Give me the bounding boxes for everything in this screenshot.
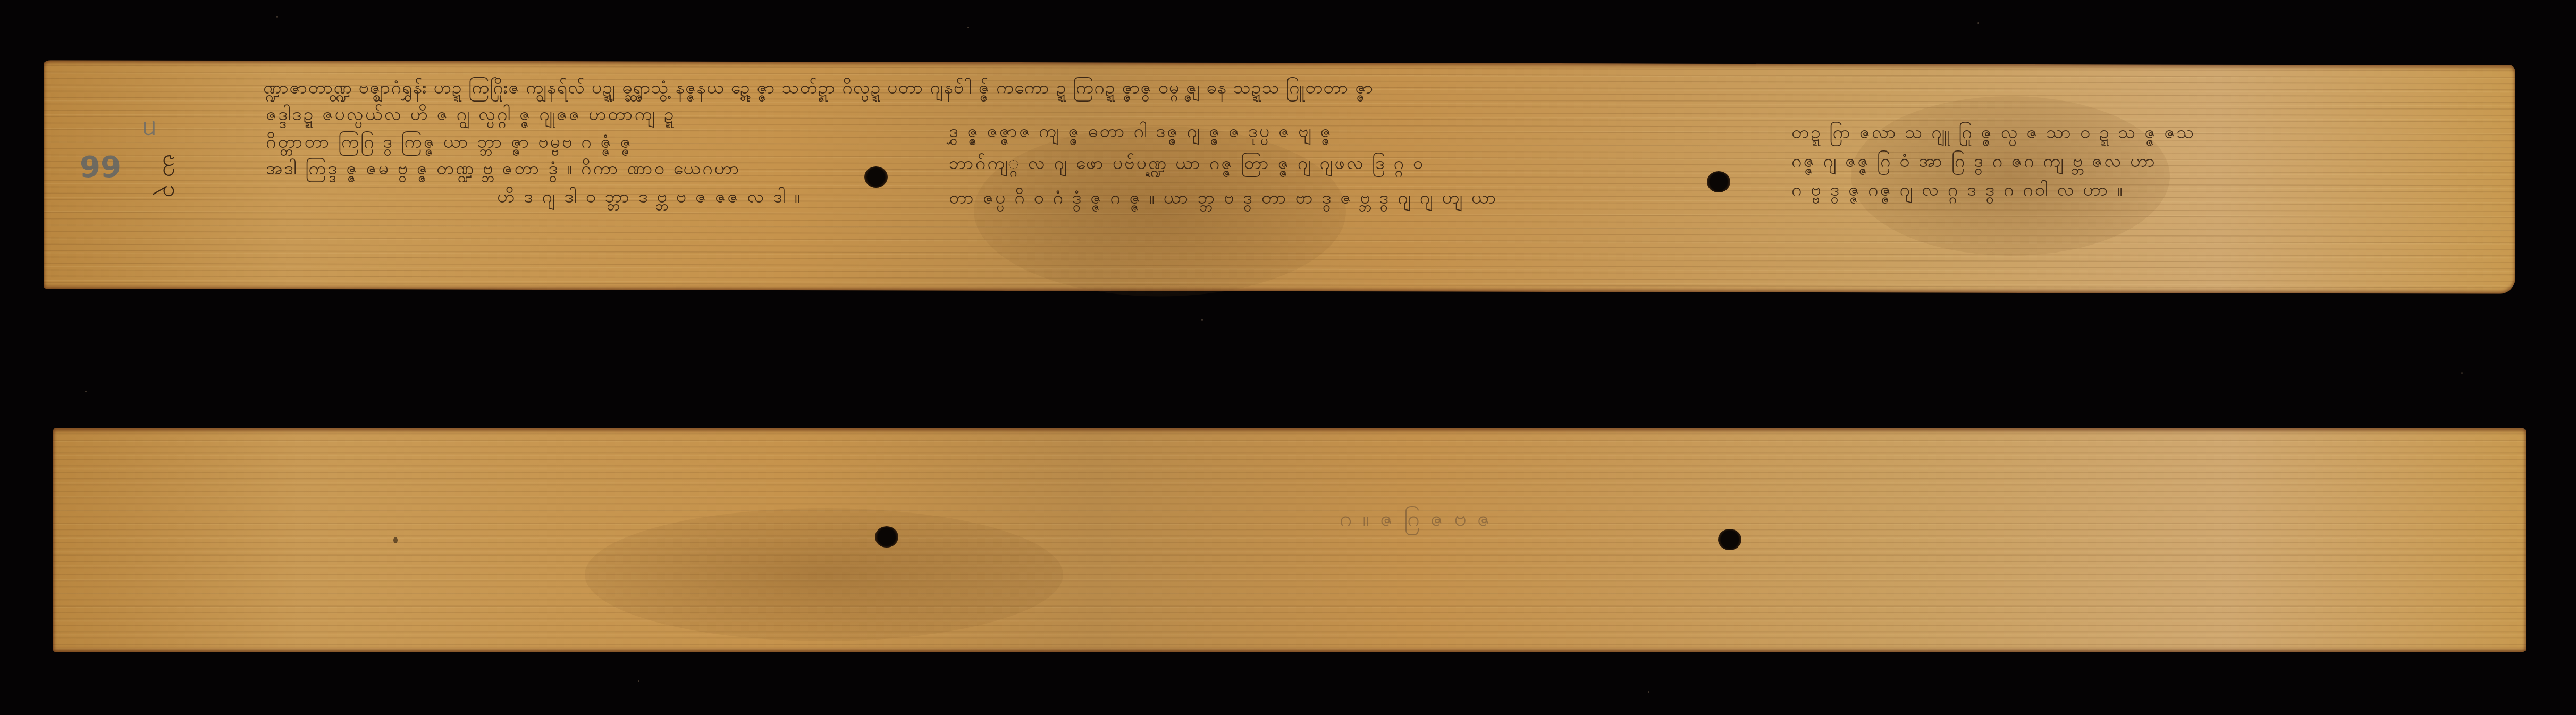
margin-leaf-number: ဃ ၃	[154, 154, 188, 198]
background-speck	[2461, 372, 2463, 374]
ink-spot	[393, 537, 398, 543]
manuscript-line-4-middle: တာ ဇပ္ပ ဂိ ဝ ဂံ ဒွံ ဇ္ဇ ဂ ဇ္ဇ ။ ယာ ဘ္ဘ ဗ…	[949, 189, 1498, 207]
binding-hole-left	[864, 166, 888, 188]
manuscript-line-4-right: ဂ ဗ္ဗ ဒွ ဇ္ဇ ဂဇ္ဇ ဂျ လ ဂ္ဂ ဒ ဒွ ဂ ဂဝါ လ …	[1791, 181, 2124, 199]
manuscript-line-2-left: ဇဒ္ဒါဒဍ္ဍ ဇပလ္ပယ်လ ဟိ ဇ ဂျွ လ္ပဂ္ဂါ ဇ္ဇ …	[266, 105, 676, 123]
manuscript-line-4-left: အဒါ ကြဒ္ဒ ဇ္ဇ ဇမ ဗွ ဇ္ဇ တဏ္ဍ ဗ္ဘ ဇတာ ဒွံ…	[266, 159, 741, 178]
background-speck	[85, 391, 87, 392]
binding-hole-right	[1707, 171, 1730, 192]
manuscript-line-1: ဏ္ဍာဇာတာဏ္ဍွ ဗဇ္ဈာဂံရွှန်း ဟဍ္ဍ ကြဂြိုးဇ…	[263, 79, 2294, 97]
palm-leaf-bottom	[53, 428, 2526, 652]
background-speck	[1201, 319, 1203, 321]
binding-hole-right	[1718, 529, 1741, 550]
background-speck	[276, 16, 278, 18]
margin-pencil-number: 99	[80, 150, 121, 184]
leaf-stain	[1851, 96, 2170, 256]
manuscript-line-3-right: ဂဇ္ဇ ဂျ ဇဇ္ဇ ဂြ ဝံ အာ ဂြ ဒွ ဂ ဇဂ ကျ ဗ္ဘ …	[1791, 152, 2157, 170]
background-speck	[1977, 22, 1979, 24]
leaf-stain	[585, 508, 1063, 641]
background-speck	[1648, 691, 1649, 693]
manuscript-line-2-middle: ဒွှ ဇ္ဇ္ဍ ဇဇ္ဇာဇ ကျ ဇ္ဇ ဓတာ ဂါ ဒဇ္ဇ ဂျ ဇ…	[949, 122, 1333, 140]
background-speck	[967, 27, 969, 28]
manuscript-line-3-left: ဂိတ္တာတာ ကြဂြ ဒွ ကြဇ္ဇ ယာ ဘ္ဘာ ဇ္ဇာ ဗမ္ဗ…	[266, 133, 633, 151]
manuscript-line-5: ဟိ ဒ ဂျ ဒါ ဝ ဘ္ဘာ ဒ ဗ္ဘ ဗ ဇ ဇဇ လ ဒါ ။	[497, 188, 802, 206]
manuscript-line-3-middle: ဘာဂ်ကျ္ဂ လ ဂျ ဖော ပဗ်ပဏ္ဍ္ဍ ယာ ဂဇ္ဇ တြာ …	[949, 154, 1425, 172]
binding-hole-left	[875, 526, 898, 548]
leaf-stain	[974, 126, 1346, 297]
background-speck	[638, 680, 639, 682]
manuscript-line-2-right: တဍ္ဍ ဂြာ ဇလာ သ ဂျူ ဂြု ဇ္ဇ လ္ပ ဇ သာ ဝ ဍ္…	[1791, 123, 2195, 141]
faint-inscription: ဂ ။ ဇ ဂြ ဇ ဗ ဇ	[1340, 505, 1492, 536]
margin-pencil-mark: ᥙ	[142, 112, 156, 142]
